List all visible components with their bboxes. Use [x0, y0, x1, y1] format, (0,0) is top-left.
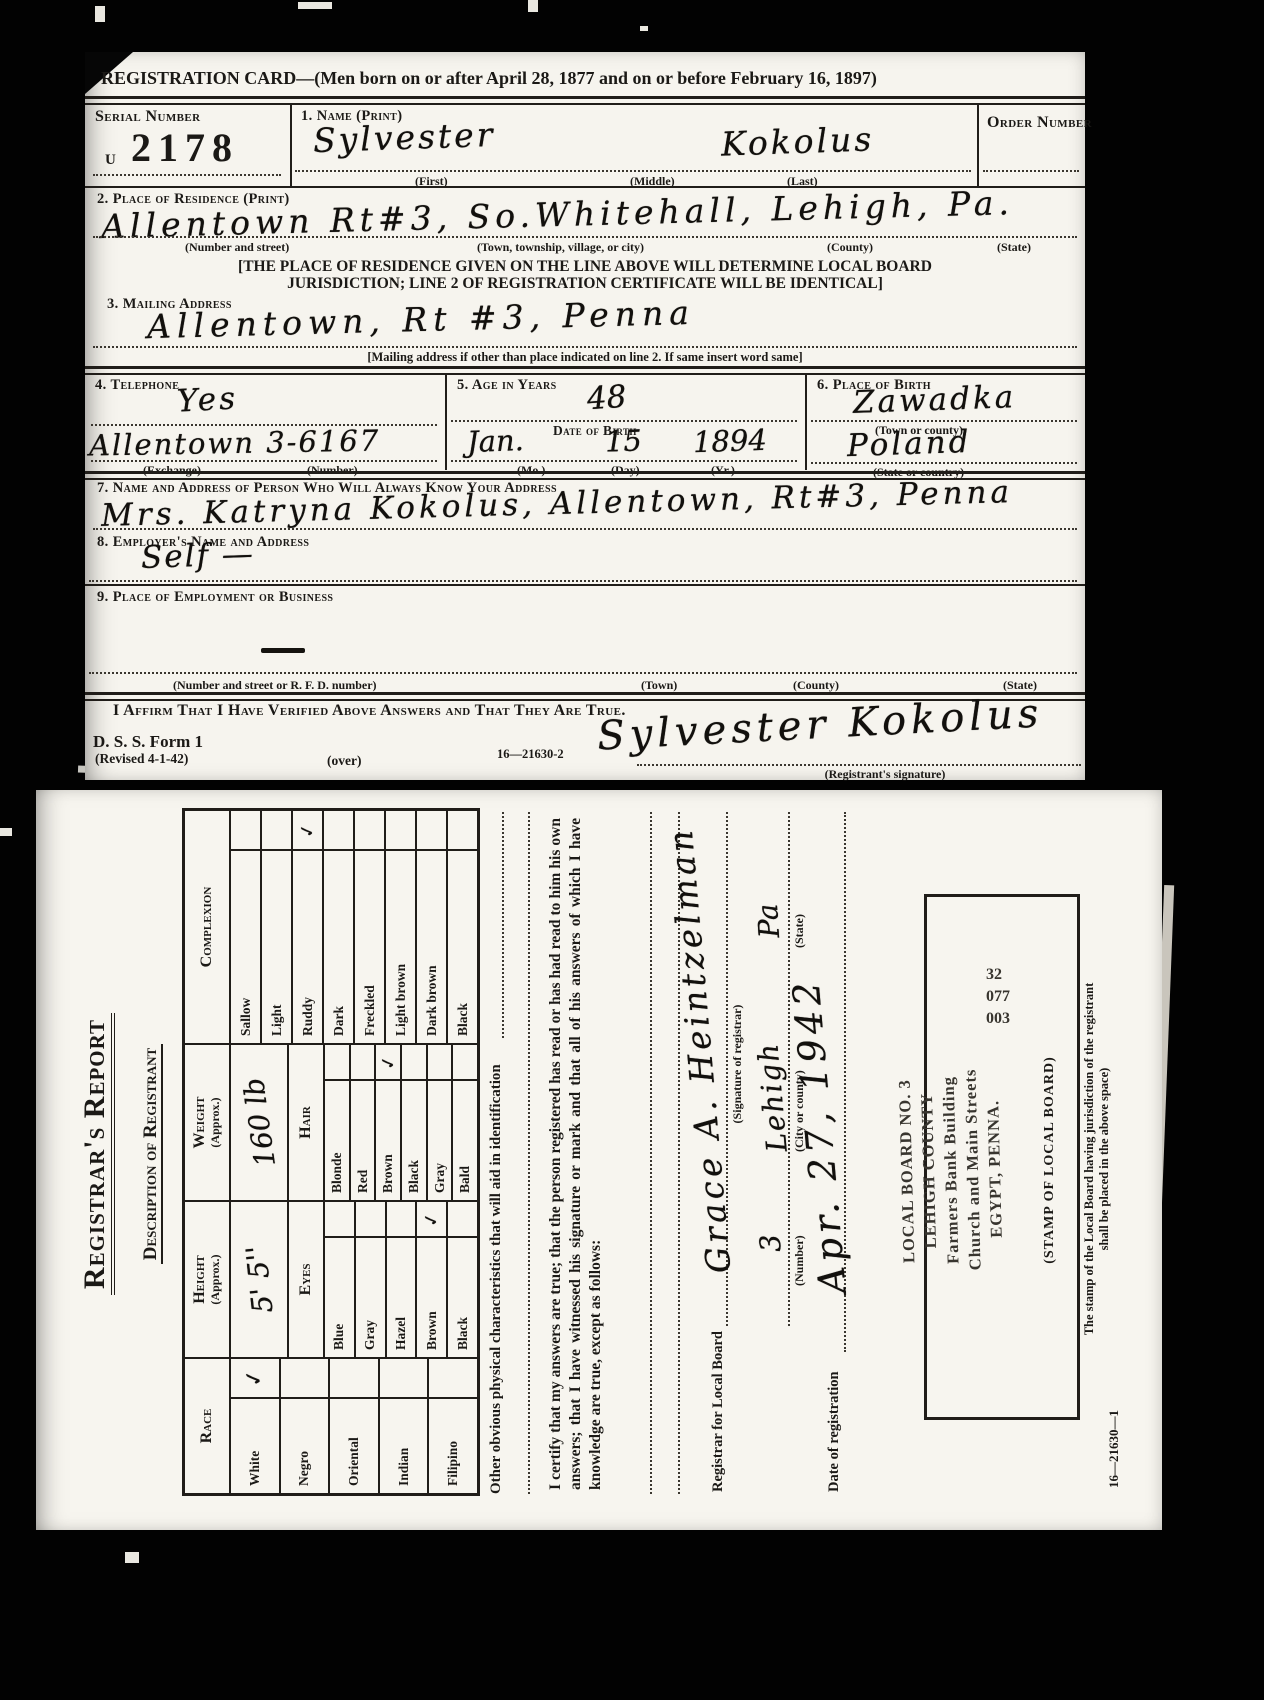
- eyes-option-hazel: Hazel: [387, 1238, 416, 1357]
- hw-values-row: 5' 5'' 160 lb: [231, 1045, 289, 1357]
- race-row: White✓: [231, 1359, 281, 1493]
- mailing-sub-label: [Mailing address if other than place ind…: [85, 350, 1085, 365]
- serial-prefix: U: [105, 152, 116, 169]
- card-header: REGISTRATION CARD—(Men born on or after …: [101, 68, 1076, 89]
- report-title-wrap: Registrar's Report: [78, 804, 112, 1504]
- employment-sub-town: (Town): [641, 678, 677, 693]
- registration-card-front: REGISTRATION CARD—(Men born on or after …: [85, 52, 1085, 780]
- complexion-header: Complexion: [185, 811, 231, 1043]
- complexion-option-dark: Dark: [324, 851, 353, 1043]
- height-value-cell: 5' 5'': [231, 1200, 287, 1357]
- dob-line: [451, 460, 797, 462]
- stamp-note: The stamp of the Local Board having juri…: [1082, 854, 1112, 1464]
- board-address-line: [788, 812, 790, 1326]
- weight-approx-label: (Approx.): [209, 1097, 222, 1147]
- header-rule: [85, 96, 1085, 105]
- complexion-option-black: Black: [448, 851, 477, 1043]
- board-state-sub: (State): [792, 914, 807, 948]
- height-approx-label: (Approx.): [209, 1254, 222, 1304]
- complexion-option-dark-brown: Dark brown: [417, 851, 446, 1043]
- residence-sub-town: (Town, township, village, or city): [477, 240, 644, 255]
- description-table: Race White✓ Negro Oriental Indian Filipi…: [182, 808, 480, 1496]
- eyes-option-blue: Blue: [325, 1238, 354, 1357]
- name-first-value: Sylvester: [312, 115, 496, 160]
- complexion-check-cell: ✓: [293, 811, 322, 851]
- telephone-yes-value: Yes: [176, 380, 239, 419]
- hair-option-brown: Brown: [376, 1081, 400, 1200]
- race-check-cell: ✓: [231, 1359, 279, 1399]
- cell-divider: [290, 104, 292, 186]
- registration-card-back: Registrar's Report Description of Regist…: [36, 790, 1162, 1530]
- hair-option-bald: Bald: [453, 1081, 477, 1200]
- hair-option-gray: Gray: [428, 1081, 452, 1200]
- birthplace-country-value: Poland: [846, 424, 972, 464]
- order-number-line: [983, 170, 1079, 172]
- col-divider: [805, 374, 807, 470]
- complexion-row: Ruddy✓: [293, 811, 324, 1043]
- eyes-option-brown: Brown: [417, 1238, 446, 1357]
- residence-sub-street: (Number and street): [185, 240, 289, 255]
- race-check-cell: [380, 1359, 428, 1399]
- complexion-option-light-brown: Light brown: [386, 851, 415, 1043]
- height-header-text: Height: [192, 1255, 209, 1304]
- hair-row: Gray: [428, 1045, 454, 1200]
- eyes-header: Eyes: [289, 1200, 323, 1357]
- employer-line: [89, 580, 1077, 582]
- telephone-number-value: Allentown 3-6167: [89, 423, 381, 462]
- registrar-label: Registrar for Local Board: [710, 1331, 727, 1492]
- employment-line: [89, 672, 1077, 674]
- row-rule: [85, 584, 1085, 586]
- eyes-row: Blue: [325, 1202, 356, 1357]
- report-subtitle: Description of Registrant: [140, 1044, 163, 1264]
- board-state-value: Pa: [751, 903, 786, 939]
- hw-header-row: Height (Approx.) Weight (Approx.): [185, 1045, 231, 1357]
- complexion-row: Sallow: [231, 811, 262, 1043]
- eyes-hair-body: Blue Gray Hazel Brown✓ Black Blonde Red …: [325, 1045, 477, 1357]
- weight-value: 160 lb: [236, 1076, 281, 1169]
- eyes-rows: Blue Gray Hazel Brown✓ Black: [325, 1200, 477, 1357]
- stamp-of-local-board-label: (STAMP OF LOCAL BOARD): [1042, 900, 1058, 1420]
- affirmation-text: I Affirm That I Have Verified Above Answ…: [113, 702, 626, 720]
- mailing-line: [93, 346, 1077, 348]
- scan-speck: [125, 1552, 139, 1563]
- order-number-label: Order Number: [987, 114, 1092, 132]
- complexion-option-ruddy: Ruddy: [293, 851, 322, 1043]
- certification-line1: [650, 812, 652, 1494]
- hair-check-cell: [325, 1045, 349, 1081]
- race-option-white: White: [231, 1399, 279, 1493]
- height-header: Height (Approx.): [185, 1200, 229, 1357]
- complexion-row: Dark: [324, 811, 355, 1043]
- name-last-value: Kokolus: [720, 119, 875, 163]
- race-row: Filipino: [429, 1359, 477, 1493]
- serial-number-value: 2178: [131, 124, 239, 171]
- complexion-check-cell: [355, 811, 384, 851]
- complexion-option-freckled: Freckled: [355, 851, 384, 1043]
- eyes-check-cell: [448, 1202, 477, 1238]
- complexion-check-cell: [231, 811, 260, 851]
- check-mark: ✓: [296, 820, 320, 839]
- complexion-check-cell: [417, 811, 446, 851]
- race-column: Race White✓ Negro Oriental Indian Filipi…: [185, 1357, 477, 1493]
- characteristics-dots: [502, 812, 504, 1038]
- board-number-value: 3: [753, 1233, 787, 1253]
- middle-column: Height (Approx.) Weight (Approx.) 5' 5'': [185, 1043, 477, 1357]
- cell-divider: [977, 104, 979, 186]
- eyes-option-gray: Gray: [356, 1238, 385, 1357]
- residence-sub-county: (County): [827, 240, 873, 255]
- race-row: Oriental: [330, 1359, 380, 1493]
- name-line: [295, 170, 971, 172]
- hair-check-cell: [402, 1045, 426, 1081]
- race-check-cell: [330, 1359, 378, 1399]
- complexion-row: Light brown: [386, 811, 417, 1043]
- age-label: 5. Age in Years: [457, 377, 557, 394]
- race-row: Negro: [281, 1359, 331, 1493]
- eyes-row: Black: [448, 1202, 477, 1357]
- characteristics-line: [528, 812, 530, 1494]
- height-value: 5' 5'': [239, 1244, 279, 1315]
- jurisdiction-notice-line2: JURISDICTION; LINE 2 OF REGISTRATION CER…: [85, 275, 1085, 293]
- form-id: D. S. S. Form 1: [93, 732, 203, 752]
- stamp-note-line1: The stamp of the Local Board having juri…: [1082, 854, 1097, 1464]
- dob-year-value: 1894: [692, 423, 767, 460]
- birthplace-town-line: [811, 420, 1077, 422]
- col-divider: [445, 374, 447, 470]
- blank-dash-mark: [261, 648, 305, 653]
- race-option-oriental: Oriental: [330, 1399, 378, 1493]
- age-line: [451, 420, 797, 422]
- certification-text: I certify that my answers are true; that…: [546, 818, 606, 1490]
- race-header: Race: [185, 1359, 231, 1493]
- residence-sub-state: (State): [997, 240, 1031, 255]
- hair-check-cell: [428, 1045, 452, 1081]
- race-option-indian: Indian: [380, 1399, 428, 1493]
- registrars-report: Registrar's Report Description of Regist…: [44, 804, 1124, 1504]
- race-row: Indian: [380, 1359, 430, 1493]
- eyes-check-cell: ✓: [417, 1202, 446, 1238]
- complexion-option-light: Light: [262, 851, 291, 1043]
- telephone-line2: [91, 460, 437, 462]
- complexion-row: Light: [262, 811, 293, 1043]
- dob-day-value: 15: [604, 423, 642, 458]
- dob-month-value: Jan.: [466, 423, 524, 459]
- birthplace-country-line: [811, 462, 1077, 464]
- eyes-check-cell: [325, 1202, 354, 1238]
- form-revision: (Revised 4-1-42): [95, 751, 188, 767]
- hair-option-blonde: Blonde: [325, 1081, 349, 1200]
- hair-check-cell: ✓: [376, 1045, 400, 1081]
- print-code-front: 16—21630-2: [497, 747, 564, 762]
- weight-header-text: Weight: [192, 1096, 209, 1148]
- weight-value-cell: 160 lb: [231, 1045, 287, 1200]
- signature-line: [637, 764, 1081, 766]
- race-check-cell: [281, 1359, 329, 1399]
- eyes-hair-header-row: Eyes Hair: [289, 1045, 325, 1357]
- eyes-row: Gray: [356, 1202, 387, 1357]
- eyes-row: Brown✓: [417, 1202, 448, 1357]
- complexion-row: Freckled: [355, 811, 386, 1043]
- hair-row: Red: [351, 1045, 377, 1200]
- age-value: 48: [586, 379, 628, 418]
- weight-header: Weight (Approx.): [185, 1045, 229, 1200]
- race-option-filipino: Filipino: [429, 1399, 477, 1493]
- serial-line: [93, 174, 281, 176]
- hair-rows: Blonde Red Brown✓ Black Gray Bald: [325, 1045, 477, 1200]
- jurisdiction-notice-line1: [THE PLACE OF RESIDENCE GIVEN ON THE LIN…: [85, 258, 1085, 276]
- scan-speck: [528, 0, 538, 12]
- residence-line: [93, 236, 1077, 238]
- check-mark: ✓: [420, 1209, 444, 1228]
- hair-option-black: Black: [402, 1081, 426, 1200]
- complexion-check-cell: [324, 811, 353, 851]
- eyes-check-cell: [387, 1202, 416, 1238]
- check-mark: ✓: [376, 1052, 400, 1071]
- over-label: (over): [327, 753, 361, 769]
- race-option-negro: Negro: [281, 1399, 329, 1493]
- registrant-signature-sub: (Registrant's signature): [705, 767, 1065, 782]
- scan-speck: [298, 2, 332, 9]
- complexion-check-cell: [386, 811, 415, 851]
- eyes-check-cell: [356, 1202, 385, 1238]
- race-rows: White✓ Negro Oriental Indian Filipino: [231, 1359, 477, 1493]
- contact-line: [93, 528, 1077, 530]
- characteristics-label: Other obvious physical characteristics t…: [488, 1064, 504, 1494]
- hair-header: Hair: [289, 1045, 323, 1200]
- eyes-option-black: Black: [448, 1238, 477, 1357]
- scanned-document-page: REGISTRATION CARD—(Men born on or after …: [0, 0, 1264, 1700]
- section-heavy-rule: [85, 366, 1085, 375]
- complexion-row: Dark brown: [417, 811, 448, 1043]
- employment-sub-street: (Number and street or R. F. D. number): [173, 678, 377, 693]
- eyes-row: Hazel: [387, 1202, 418, 1357]
- complexion-check-cell: [262, 811, 291, 851]
- complexion-column: Complexion Sallow Light Ruddy✓ Dark Frec…: [185, 811, 477, 1043]
- race-check-cell: [429, 1359, 477, 1399]
- report-title: Registrar's Report: [78, 1013, 115, 1295]
- employer-value: Self —: [140, 536, 255, 576]
- complexion-rows: Sallow Light Ruddy✓ Dark Freckled Light …: [231, 811, 477, 1043]
- scan-speck: [640, 26, 648, 31]
- birthplace-town-value: Zawadka: [852, 379, 1016, 421]
- print-code-back: 16—21630—1: [1106, 1410, 1122, 1488]
- complexion-check-cell: [448, 811, 477, 851]
- hair-check-cell: [351, 1045, 375, 1081]
- stamp-note-line2: shall be placed in the above space): [1097, 854, 1112, 1464]
- employment-sub-county: (County): [793, 678, 839, 693]
- complexion-option-sallow: Sallow: [231, 851, 260, 1043]
- scan-speck: [95, 6, 105, 22]
- scan-speck: [0, 828, 12, 836]
- hair-row: Blonde: [325, 1045, 351, 1200]
- hair-row: Black: [402, 1045, 428, 1200]
- hair-row: Bald: [453, 1045, 477, 1200]
- registrar-signature-sub: (Signature of registrar): [730, 924, 745, 1204]
- hair-row: Brown✓: [376, 1045, 402, 1200]
- complexion-row: Black: [448, 811, 477, 1043]
- board-number-sub: (Number): [792, 1235, 807, 1286]
- employment-label: 9. Place of Employment or Business: [97, 589, 333, 606]
- report-subtitle-wrap: Description of Registrant: [140, 804, 162, 1504]
- registration-date-label: Date of registration: [826, 1371, 843, 1492]
- telephone-label: 4. Telephone: [95, 377, 179, 394]
- hair-check-cell: [453, 1045, 477, 1081]
- check-mark: ✓: [241, 1366, 269, 1389]
- hair-option-red: Red: [351, 1081, 375, 1200]
